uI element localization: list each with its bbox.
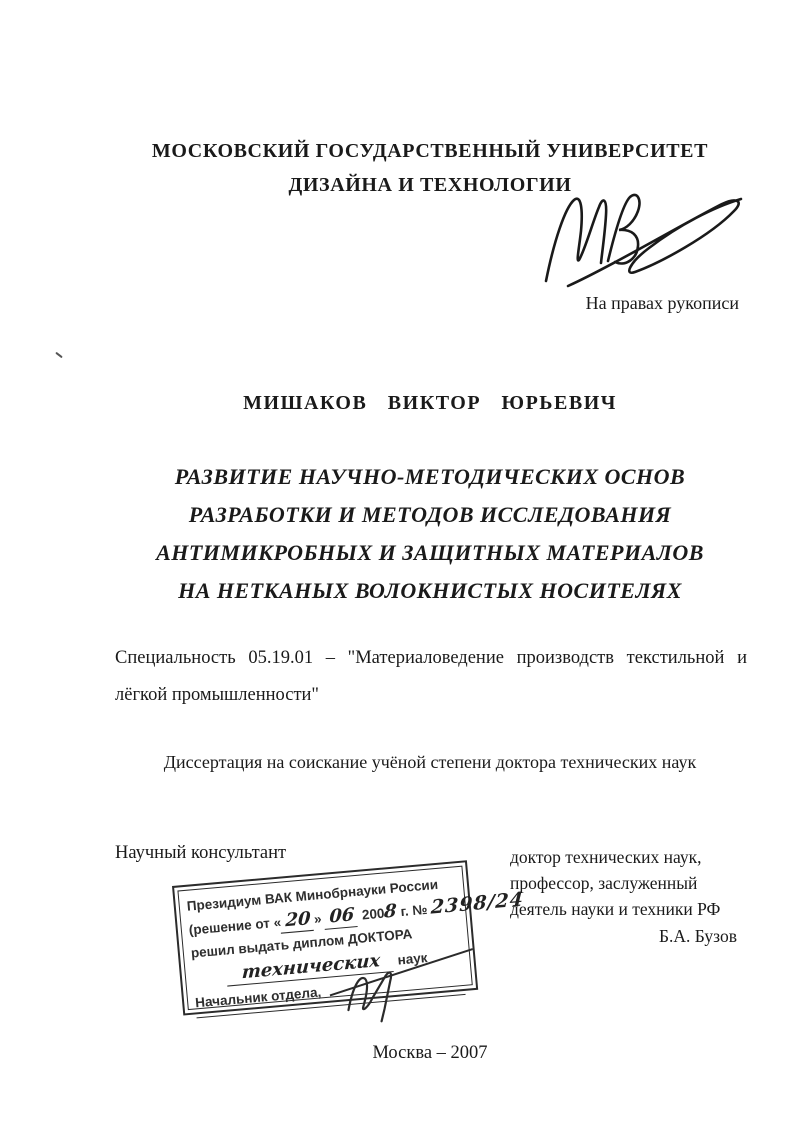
scan-artifact-mark xyxy=(55,352,63,359)
stamp-department-head-label: Начальник отдела, xyxy=(195,984,322,1010)
stamp-handwritten-year-digit: 8 xyxy=(384,899,398,923)
consultant-info-block: доктор технических наук, профессор, засл… xyxy=(510,844,747,949)
manuscript-note: На правах рукописи xyxy=(400,293,745,314)
signature-strokes xyxy=(538,182,753,294)
dissertation-title: РАЗВИТИЕ НАУЧНО-МЕТОДИЧЕСКИХ ОСНОВ РАЗРА… xyxy=(105,458,755,610)
author-name: МИШАКОВ ВИКТОР ЮРЬЕВИЧ xyxy=(115,392,745,415)
consultant-degree-line-2: профессор, заслуженный xyxy=(510,870,747,896)
specialty-line-1: Специальность 05.19.01 – "Материаловеден… xyxy=(115,640,747,677)
university-name-line1: МОСКОВСКИЙ ГОСУДАРСТВЕННЫЙ УНИВЕРСИТЕТ xyxy=(115,134,745,168)
dissertation-type-line: Диссертация на соискание учёной степени … xyxy=(115,752,745,773)
title-line-3: АНТИМИКРОБНЫХ И ЗАЩИТНЫХ МАТЕРИАЛОВ xyxy=(105,534,755,572)
stamp-number-label: г. № xyxy=(400,902,428,919)
city-year: Москва – 2007 xyxy=(115,1043,745,1064)
title-line-2: РАЗРАБОТКИ И МЕТОДОВ ИССЛЕДОВАНИЯ xyxy=(105,496,755,534)
stamp-signature xyxy=(341,966,414,1014)
stamp-handwritten-month: 06 xyxy=(325,903,359,930)
specialty-paragraph: Специальность 05.19.01 – "Материаловеден… xyxy=(115,640,747,714)
stamp-inner-frame: Президиум ВАК Минобрнауки России (решени… xyxy=(177,866,472,1010)
consultant-degree-line-1: доктор технических наук, xyxy=(510,844,747,870)
specialty-line-2: лёгкой промышленности" xyxy=(115,677,747,714)
handwritten-signature xyxy=(538,182,753,294)
consultant-degree-line-3: деятель науки и техники РФ xyxy=(510,896,747,922)
title-line-1: РАЗВИТИЕ НАУЧНО-МЕТОДИЧЕСКИХ ОСНОВ xyxy=(105,458,755,496)
stamp-handwritten-day: 20 xyxy=(280,907,314,934)
consultant-name: Б.А. Бузов xyxy=(510,923,747,949)
vak-approval-stamp: Президиум ВАК Минобрнауки России (решени… xyxy=(172,860,478,1015)
title-line-4: НА НЕТКАНЫХ ВОЛОКНИСТЫХ НОСИТЕЛЯХ xyxy=(105,572,755,610)
stamp-year-printed: 200 xyxy=(361,906,385,923)
consultant-label: Научный консультант xyxy=(115,843,286,864)
document-page: МОСКОВСКИЙ ГОСУДАРСТВЕННЫЙ УНИВЕРСИТЕТ Д… xyxy=(0,0,793,1122)
